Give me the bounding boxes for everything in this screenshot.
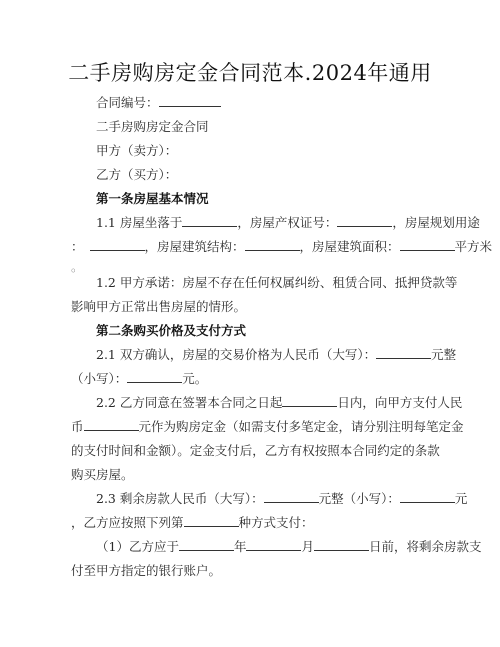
day-blank[interactable] (314, 538, 369, 551)
clause-2-2-line2: 币元作为购房定金（如需支付多笔定金，请分别注明每笔定金 (71, 418, 464, 436)
clause-text: ，房屋规划用途 (392, 215, 480, 230)
year-blank[interactable] (179, 538, 234, 551)
clause-1-1-line1: 1.1 房屋坐落于，房屋产权证号：，房屋规划用途 (96, 214, 480, 232)
clause-text: ，房屋建筑面积： (300, 239, 400, 254)
clause-text: 元整（小写）： (319, 491, 400, 506)
section2-heading: 第二条购买价格及支付方式 (96, 322, 246, 340)
month-blank[interactable] (246, 538, 301, 551)
clause-text: 年 (234, 539, 247, 554)
clause-text: 2.2 乙方同意在签署本合同之日起 (96, 395, 282, 410)
clause-text: 元。 (182, 371, 207, 386)
clause-text: 种方式支付： (239, 515, 314, 530)
remaining-uppercase-blank[interactable] (264, 490, 319, 503)
area-blank[interactable] (400, 238, 455, 251)
clause-1-1-line2: ：，房屋建筑结构：，房屋建筑面积：平方米 (71, 238, 492, 256)
party-b-label: 乙方（买方）： (96, 166, 177, 184)
clause-text: ，房屋建筑结构： (145, 239, 245, 254)
price-uppercase-blank[interactable] (376, 346, 431, 359)
contract-number-label: 合同编号： (96, 95, 159, 110)
clause-2-1-line1: 2.1 双方确认，房屋的交易价格为人民币（大写）：元整 (96, 346, 456, 364)
clause-2-2-line4: 购买房屋。 (71, 466, 134, 484)
clause-2-3-line1: 2.3 剩余房款人民币（大写）：元整（小写）：元 (96, 490, 467, 508)
clause-text: 日前，将剩余房款支 (369, 539, 482, 554)
section1-heading: 第一条房屋基本情况 (96, 190, 209, 208)
clause-2-2-line1: 2.2 乙方同意在签署本合同之日起日内，向甲方支付人民 (96, 394, 462, 412)
clause-2-3-item1-line2: 付至甲方指定的银行账户。 (71, 562, 221, 580)
certificate-number-blank[interactable] (337, 214, 392, 227)
price-numeric-blank[interactable] (127, 370, 182, 383)
remaining-numeric-blank[interactable] (400, 490, 455, 503)
clause-text: 2.3 剩余房款人民币（大写）： (96, 491, 264, 506)
payment-method-blank[interactable] (184, 514, 239, 527)
clause-1-1-line3: 。 (71, 258, 84, 276)
clause-text: ，乙方应按照下列第 (71, 515, 184, 530)
clause-text: 币 (71, 419, 84, 434)
clause-2-3-item1-line1: （1）乙方应于年月日前，将剩余房款支 (96, 538, 482, 556)
clause-text: ，房屋产权证号： (237, 215, 337, 230)
clause-text: 元作为购房定金（如需支付多笔定金，请分别注明每笔定金 (139, 419, 464, 434)
clause-2-3-line2: ，乙方应按照下列第种方式支付： (71, 514, 314, 532)
planned-use-blank[interactable] (90, 238, 145, 251)
party-a-label: 甲方（卖方）： (96, 142, 177, 160)
clause-text: （小写）： (71, 371, 127, 386)
deposit-days-blank[interactable] (282, 394, 337, 407)
clause-text: 月 (301, 539, 314, 554)
clause-text: ： (71, 239, 84, 254)
clause-text: 1.1 房屋坐落于 (96, 215, 182, 230)
clause-text: （1）乙方应于 (96, 539, 179, 554)
clause-2-1-line2: （小写）：元。 (71, 370, 207, 388)
clause-2-2-line3: 的支付时间和金额）。定金支付后，乙方有权按照本合同约定的条款 (71, 442, 440, 460)
deposit-amount-blank[interactable] (84, 418, 139, 431)
contract-number-blank[interactable] (159, 94, 221, 107)
contract-name: 二手房购房定金合同 (96, 118, 209, 136)
clause-1-2-line2: 影响甲方正常出售房屋的情形。 (71, 298, 246, 316)
location-blank[interactable] (182, 214, 237, 227)
clause-text: 2.1 双方确认，房屋的交易价格为人民币（大写）： (96, 347, 376, 362)
clause-text: 平方米 (455, 239, 493, 254)
clause-text: 元整 (431, 347, 456, 362)
clause-text: 日内，向甲方支付人民 (337, 395, 462, 410)
clause-1-2-line1: 1.2 甲方承诺：房屋不存在任何权属纠纷、租赁合同、抵押贷款等 (96, 274, 457, 292)
structure-blank[interactable] (245, 238, 300, 251)
contract-number-line: 合同编号： (96, 94, 221, 112)
document-page: 二手房购房定金合同范本.2024年通用 合同编号： 二手房购房定金合同 甲方（卖… (0, 0, 500, 647)
clause-text: 元 (455, 491, 468, 506)
document-title: 二手房购房定金合同范本.2024年通用 (0, 57, 500, 87)
